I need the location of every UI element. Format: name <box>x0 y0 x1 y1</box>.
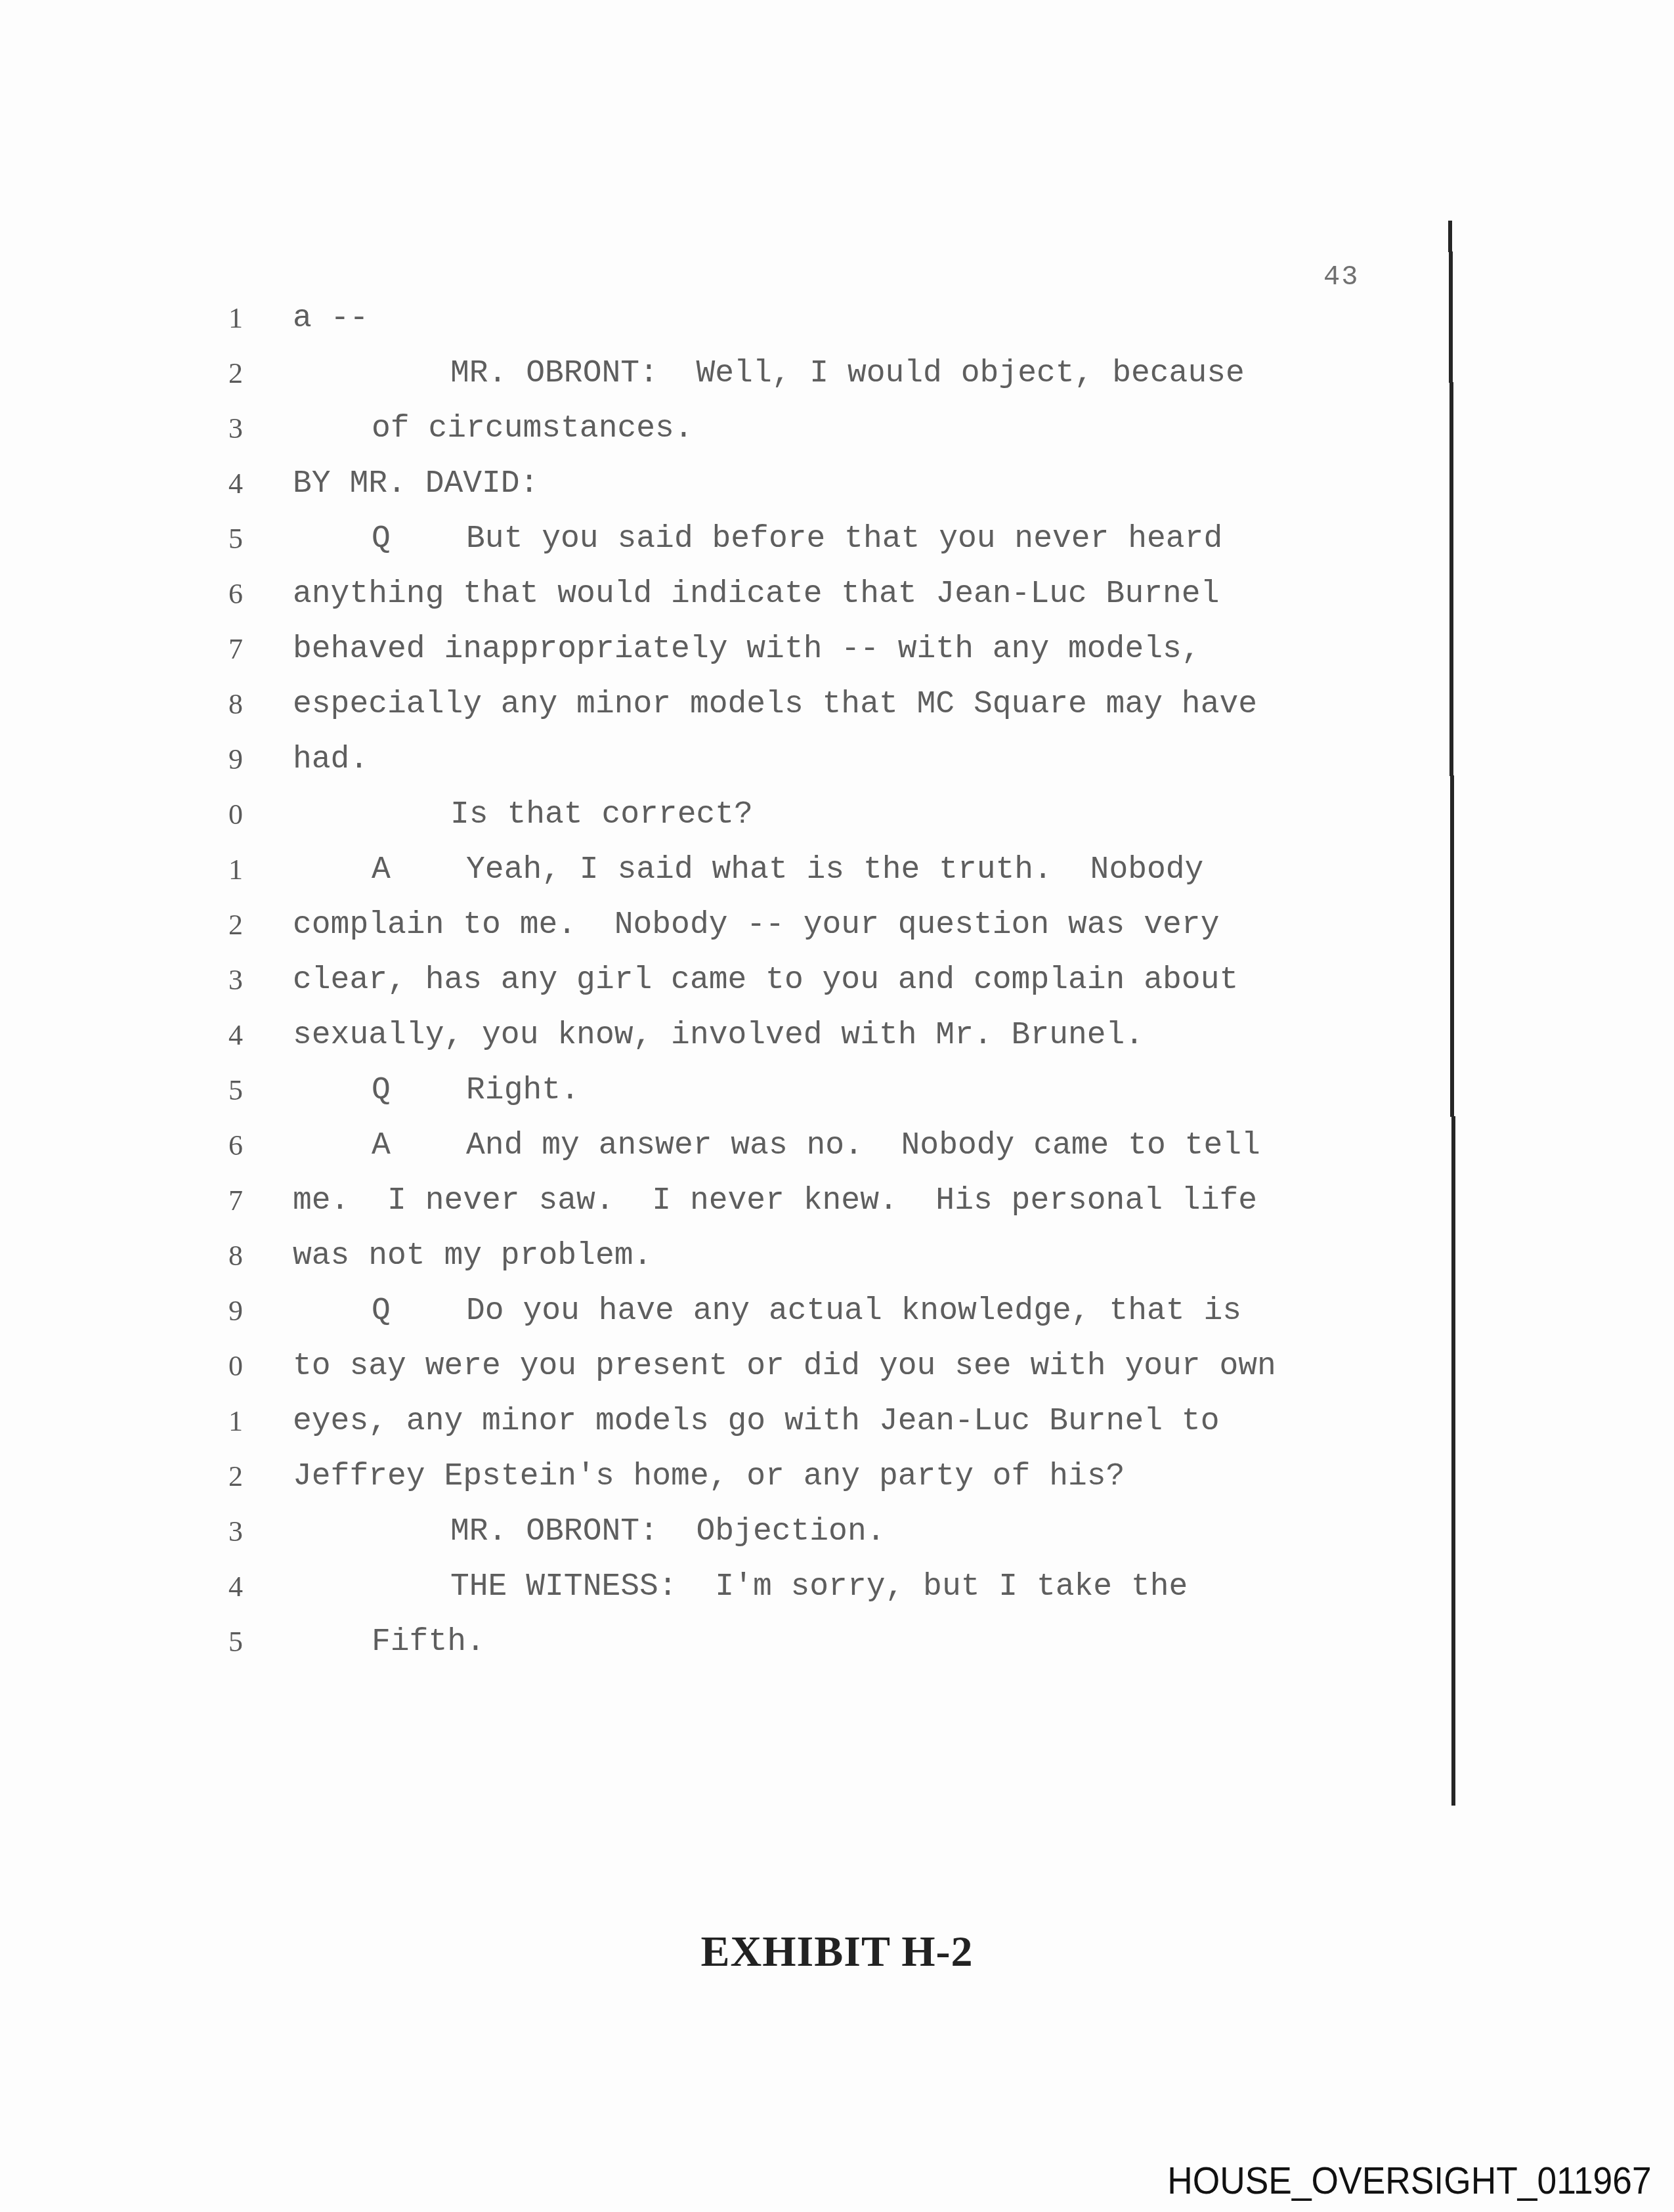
line-text: behaved inappropriately with -- with any… <box>293 630 1201 669</box>
line-number: 2 <box>228 905 243 945</box>
line-number: 7 <box>228 1181 243 1221</box>
line-number: 1 <box>228 1402 243 1441</box>
line-text: sexually, you know, involved with Mr. Br… <box>293 1016 1144 1055</box>
line-number: 0 <box>228 1347 243 1386</box>
line-number: 9 <box>228 740 243 779</box>
exhibit-title: EXHIBIT H-2 <box>0 1927 1674 1977</box>
bates-number: HOUSE_OVERSIGHT_011967 <box>1168 2159 1652 2203</box>
line-number: 3 <box>228 409 243 448</box>
line-number: 5 <box>228 519 243 559</box>
line-text: Q Do you have any actual knowledge, that… <box>372 1291 1241 1331</box>
line-text: MR. OBRONT: Objection. <box>450 1512 886 1551</box>
line-text: BY MR. DAVID: <box>293 464 538 504</box>
line-text: to say were you present or did you see w… <box>293 1347 1276 1386</box>
line-number: 2 <box>228 1457 243 1496</box>
line-text: Is that correct? <box>450 795 753 835</box>
line-number: 4 <box>228 464 243 504</box>
line-number: 5 <box>228 1622 243 1662</box>
margin-rule-segment <box>1451 1116 1455 1806</box>
line-text: Q Right. <box>372 1071 580 1110</box>
page-number: 43 <box>1323 261 1359 293</box>
line-text: had. <box>293 740 368 779</box>
line-text: Fifth. <box>372 1622 485 1662</box>
line-number: 1 <box>228 850 243 890</box>
line-number: 9 <box>228 1291 243 1331</box>
line-number: 5 <box>228 1071 243 1110</box>
line-text: a -- <box>293 299 368 338</box>
line-number: 8 <box>228 1236 243 1276</box>
line-text: anything that would indicate that Jean-L… <box>293 575 1219 614</box>
line-number: 6 <box>228 575 243 614</box>
line-text: A Yeah, I said what is the truth. Nobody <box>372 850 1203 890</box>
line-text: Jeffrey Epstein's home, or any party of … <box>293 1457 1125 1496</box>
line-text: eyes, any minor models go with Jean-Luc … <box>293 1402 1219 1441</box>
line-number: 1 <box>228 299 243 338</box>
margin-rule-segment <box>1449 382 1453 776</box>
line-number: 3 <box>228 1512 243 1551</box>
line-number: 2 <box>228 354 243 393</box>
line-text: MR. OBRONT: Well, I would object, becaus… <box>450 354 1245 393</box>
line-number: 7 <box>228 630 243 669</box>
margin-rule-segment <box>1450 775 1454 1117</box>
line-text: of circumstances. <box>372 409 693 448</box>
line-number: 6 <box>228 1126 243 1165</box>
line-text: A And my answer was no. Nobody came to t… <box>372 1126 1260 1165</box>
line-number: 0 <box>228 795 243 835</box>
line-number: 8 <box>228 685 243 724</box>
margin-rule-segment <box>1449 251 1453 383</box>
line-text: THE WITNESS: I'm sorry, but I take the <box>450 1567 1188 1607</box>
line-text: Q But you said before that you never hea… <box>372 519 1222 559</box>
line-number: 4 <box>228 1016 243 1055</box>
margin-rule-segment <box>1448 221 1452 252</box>
line-text: complain to me. Nobody -- your question … <box>293 905 1219 945</box>
line-text: was not my problem. <box>293 1236 652 1276</box>
line-number: 3 <box>228 961 243 1000</box>
line-text: clear, has any girl came to you and comp… <box>293 961 1238 1000</box>
line-number: 4 <box>228 1567 243 1607</box>
line-text: especially any minor models that MC Squa… <box>293 685 1257 724</box>
line-text: me. I never saw. I never knew. His perso… <box>293 1181 1257 1221</box>
